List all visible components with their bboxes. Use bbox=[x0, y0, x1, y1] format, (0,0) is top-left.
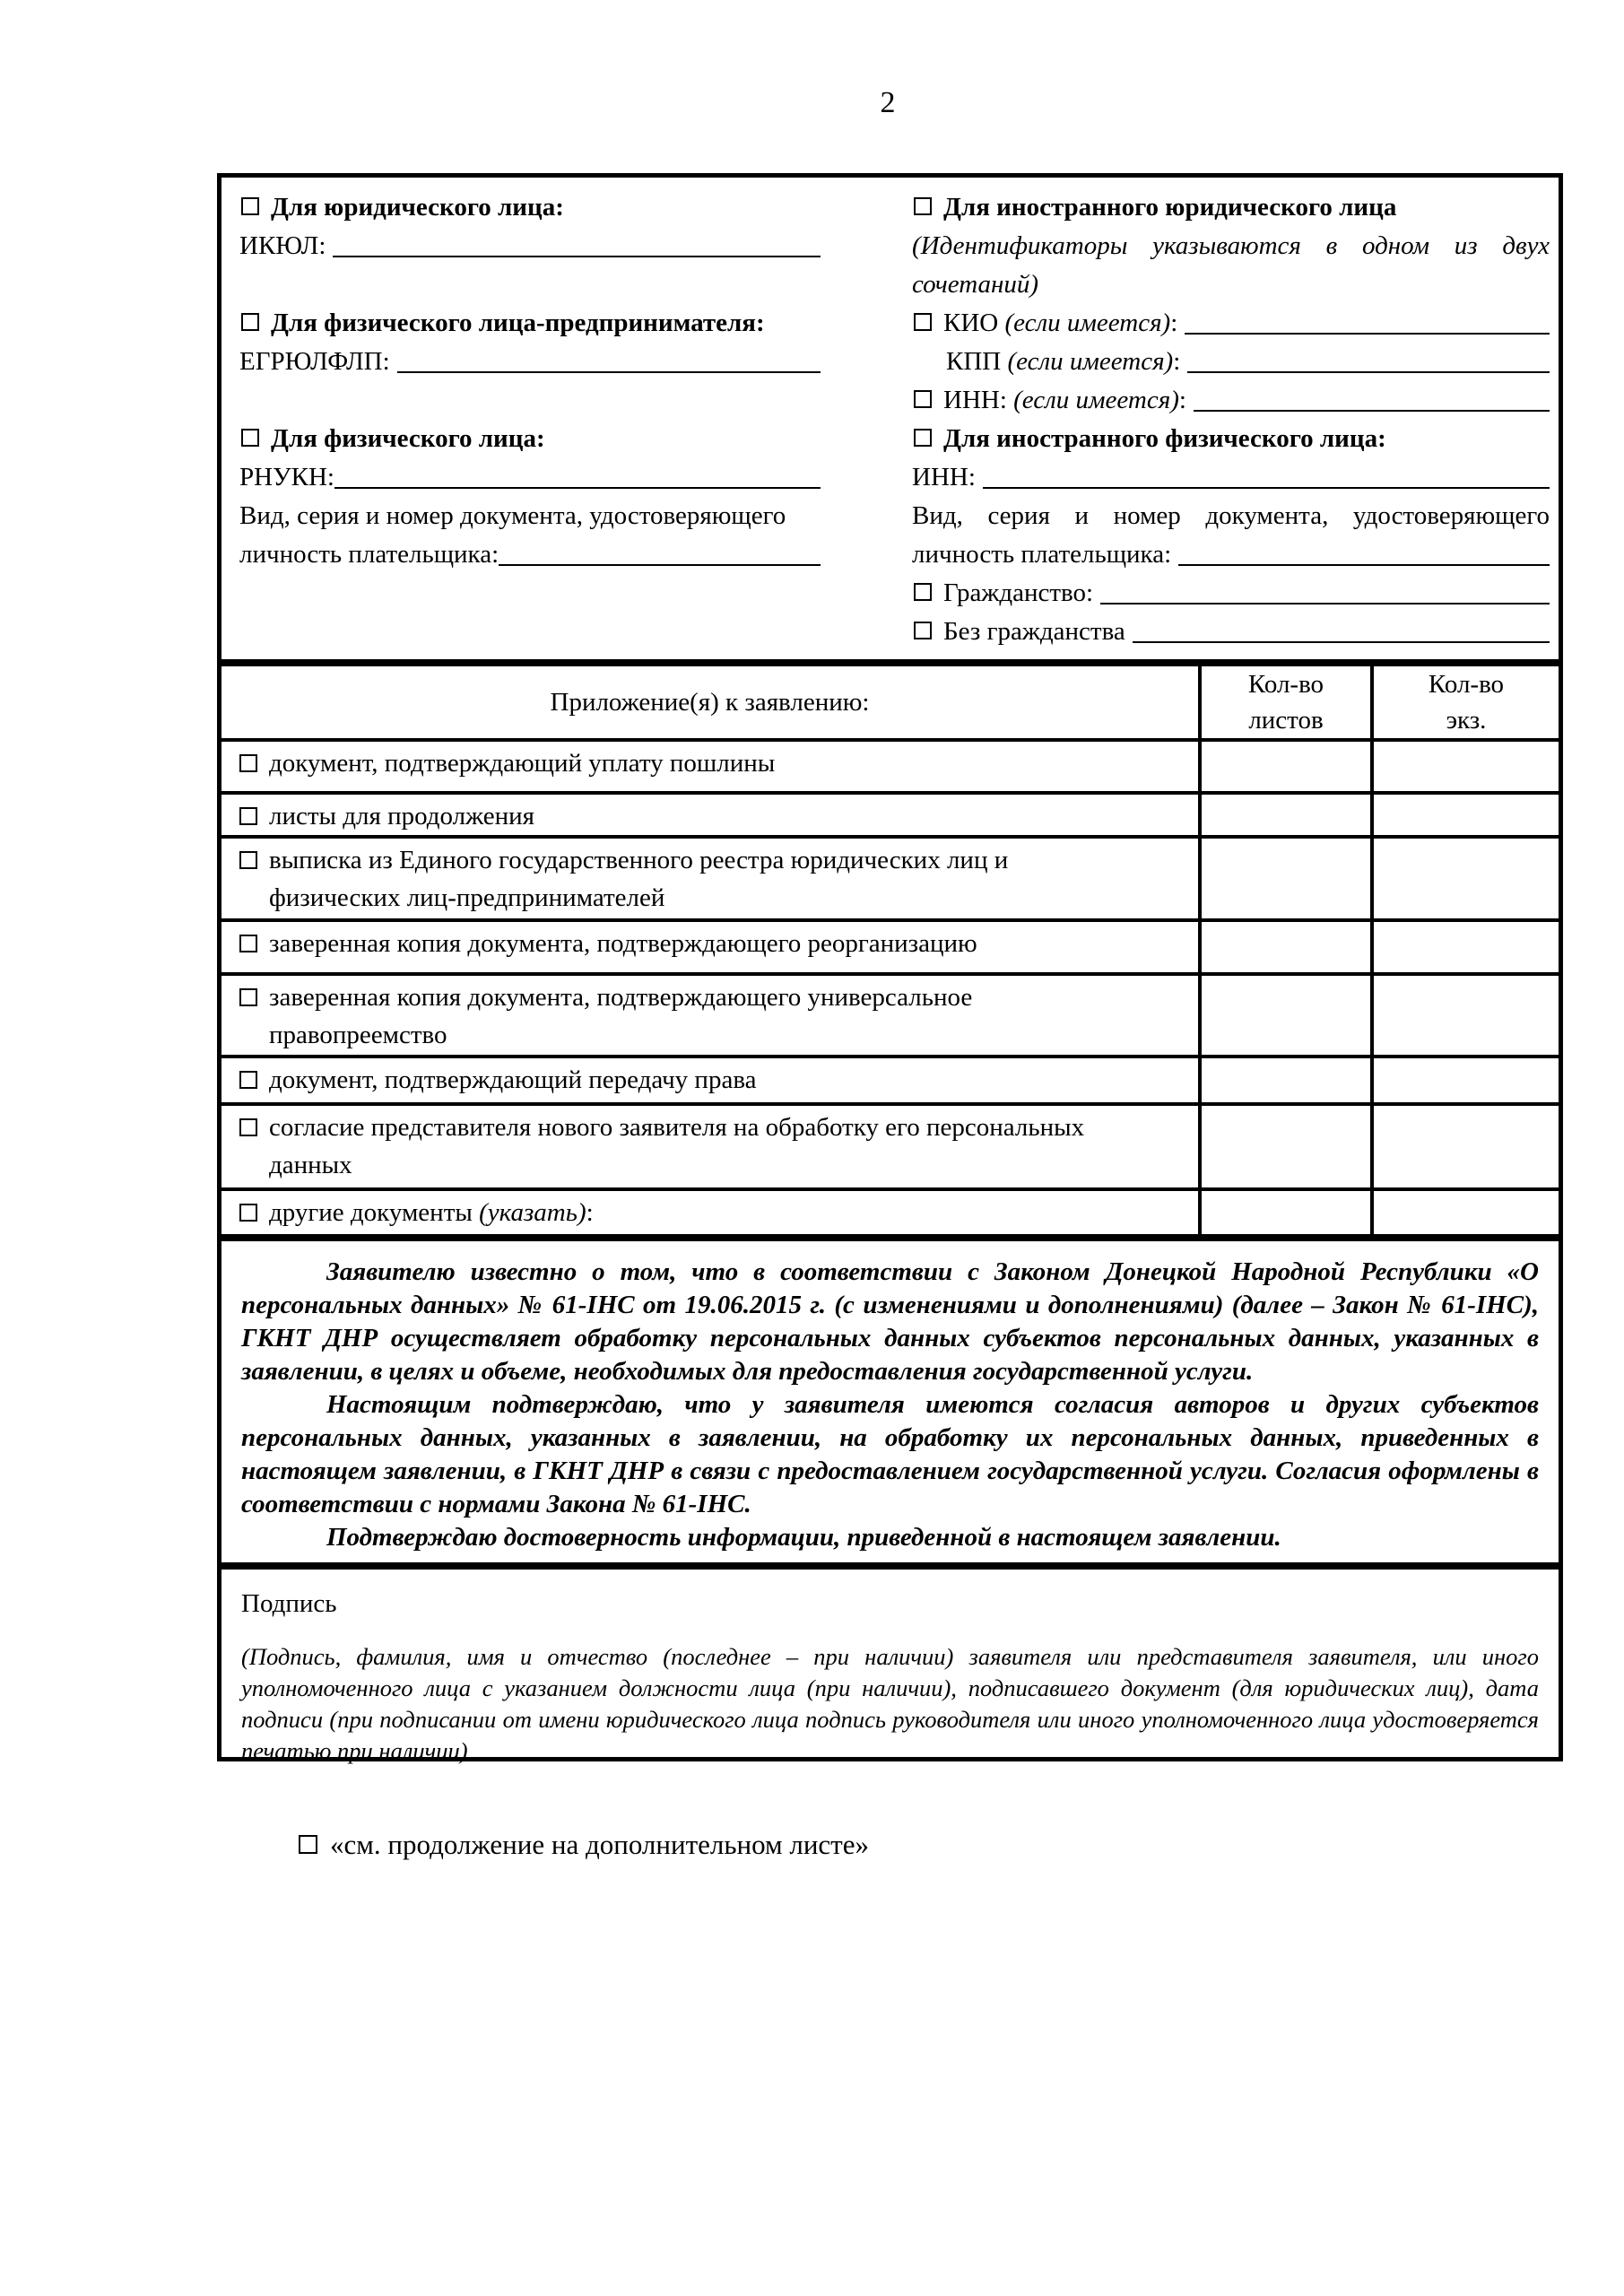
identifiers-left-column: Для юридического лица: ИКЮЛ: Для физичес… bbox=[239, 188, 858, 659]
table-row: заверенная копия документа, подтверждающ… bbox=[221, 918, 1559, 972]
col-header-copies-line1: Кол-во bbox=[1374, 666, 1559, 702]
stateless-blank-line[interactable] bbox=[1133, 613, 1550, 643]
kio-label: КИО bbox=[943, 304, 998, 343]
cell-sheets-4[interactable] bbox=[1198, 976, 1370, 1055]
cell-copies-1[interactable] bbox=[1370, 795, 1559, 835]
ikyul-label: ИКЮЛ: bbox=[239, 227, 326, 265]
col-header-sheets-line2: листов bbox=[1202, 702, 1370, 738]
payer-doc-line1-left: Вид, серия и номер документа, удостоверя… bbox=[239, 497, 858, 535]
form-body: Для юридического лица: ИКЮЛ: Для физичес… bbox=[217, 173, 1563, 1761]
cell-copies-4[interactable] bbox=[1370, 976, 1559, 1055]
attachments-table-header: Приложение(я) к заявлению: Кол-во листов… bbox=[221, 666, 1559, 738]
foreign-individual-row: Для иностранного физического лица: bbox=[912, 420, 1550, 458]
continuation-row: «см. продолжение на дополнительном листе… bbox=[299, 1826, 869, 1864]
row-text: документ, подтверждающий уплату пошлины bbox=[269, 744, 775, 782]
table-row: документ, подтверждающий уплату пошлины bbox=[221, 738, 1559, 791]
payer-doc-text-left: Вид, серия и номер документа, удостоверя… bbox=[239, 497, 786, 535]
row-text: документ, подтверждающий передачу права bbox=[269, 1061, 757, 1099]
cell-sheets-6[interactable] bbox=[1198, 1106, 1370, 1187]
checkbox-individual-entrepreneur[interactable] bbox=[241, 313, 259, 331]
continuation-label: «см. продолжение на дополнительном листе… bbox=[330, 1826, 869, 1864]
table-row: заверенная копия документа, подтверждающ… bbox=[221, 972, 1559, 1055]
egrulflp-blank-line[interactable] bbox=[397, 343, 821, 373]
foreign-inn-blank-line[interactable] bbox=[983, 458, 1550, 489]
cell-sheets-0[interactable] bbox=[1198, 742, 1370, 791]
payer-doc-blank-right[interactable] bbox=[1178, 535, 1550, 566]
cell-copies-6[interactable] bbox=[1370, 1106, 1559, 1187]
checkbox-inn[interactable] bbox=[914, 390, 932, 408]
checkbox-kio[interactable] bbox=[914, 313, 932, 331]
checkbox-stateless[interactable] bbox=[914, 622, 932, 639]
table-row: документ, подтверждающий передачу права bbox=[221, 1055, 1559, 1102]
row-label-cell: листы для продолжения bbox=[221, 795, 1198, 835]
checkbox-attachment-representative-consent[interactable] bbox=[239, 1118, 257, 1136]
individual-title: Для физического лица: bbox=[271, 420, 545, 458]
foreign-individual-title: Для иностранного физического лица: bbox=[943, 420, 1386, 458]
cell-copies-7[interactable] bbox=[1370, 1191, 1559, 1234]
checkbox-attachment-other-documents[interactable] bbox=[239, 1204, 257, 1222]
inn-note: (если имеется) bbox=[1013, 381, 1179, 420]
col-header-sheets: Кол-во листов bbox=[1198, 666, 1370, 738]
citizenship-label: Гражданство: bbox=[943, 574, 1093, 613]
checkbox-foreign-legal-entity[interactable] bbox=[914, 197, 932, 215]
stateless-label: Без гражданства bbox=[943, 613, 1125, 651]
cell-sheets-1[interactable] bbox=[1198, 795, 1370, 835]
document-page: 2 Для юридического лица: ИКЮЛ: Для физич… bbox=[0, 0, 1624, 2296]
row-text: листы для продолжения bbox=[269, 797, 534, 835]
row-label-cell: документ, подтверждающий передачу права bbox=[221, 1058, 1198, 1102]
egrulflp-label: ЕГРЮЛФЛП: bbox=[239, 343, 390, 381]
foreign-legal-title: Для иностранного юридического лица bbox=[943, 188, 1396, 227]
foreign-inn-label: ИНН: bbox=[912, 458, 976, 497]
kpp-note: (если имеется) bbox=[1007, 343, 1173, 381]
table-row: другие документы (указать): bbox=[221, 1187, 1559, 1234]
consent-section: Заявителю известно о том, что в соответс… bbox=[221, 1234, 1559, 1562]
citizenship-row: Гражданство: bbox=[912, 574, 1550, 613]
kpp-row: КПП (если имеется): bbox=[912, 343, 1550, 381]
foreign-inn-row: ИНН: bbox=[912, 458, 1550, 497]
checkbox-attachment-continuation-sheets[interactable] bbox=[239, 807, 257, 825]
kpp-suffix: : bbox=[1173, 343, 1180, 381]
row-text: выписка из Единого государственного реес… bbox=[269, 841, 1103, 917]
rnukn-row: РНУКН: bbox=[239, 458, 858, 497]
checkbox-citizenship[interactable] bbox=[914, 583, 932, 601]
row-label-cell: заверенная копия документа, подтверждающ… bbox=[221, 976, 1198, 1055]
foreign-legal-note-line2-text: сочетаний) bbox=[912, 265, 1038, 304]
consent-paragraph-2: Настоящим подтверждаю, что у заявителя и… bbox=[241, 1388, 1539, 1521]
kio-row: КИО (если имеется): bbox=[912, 304, 1550, 343]
page-number: 2 bbox=[812, 86, 964, 120]
signature-label: Подпись bbox=[241, 1587, 1539, 1620]
cell-copies-2[interactable] bbox=[1370, 839, 1559, 918]
payer-doc-line1-right: Вид, серия и номер документа, удостоверя… bbox=[912, 497, 1550, 535]
checkbox-foreign-individual[interactable] bbox=[914, 429, 932, 447]
kio-note: (если имеется) bbox=[1004, 304, 1170, 343]
row-label-cell: заверенная копия документа, подтверждающ… bbox=[221, 922, 1198, 972]
rnukn-label: РНУКН: bbox=[239, 458, 334, 497]
cell-copies-5[interactable] bbox=[1370, 1058, 1559, 1102]
payer-doc-label-right: личность плательщика: bbox=[912, 535, 1171, 574]
inn-row: ИНН: (если имеется): bbox=[912, 381, 1550, 420]
attachments-table: Приложение(я) к заявлению: Кол-во листов… bbox=[221, 659, 1559, 1234]
payer-doc-line2-left: личность плательщика: bbox=[239, 535, 858, 574]
row-label-cell: документ, подтверждающий уплату пошлины bbox=[221, 742, 1198, 791]
col-header-copies-line2: экз. bbox=[1374, 702, 1559, 738]
checkbox-individual[interactable] bbox=[241, 429, 259, 447]
attachments-title: Приложение(я) к заявлению: bbox=[221, 666, 1198, 738]
checkbox-attachment-register-extract[interactable] bbox=[239, 851, 257, 869]
foreign-legal-note-line1: (Идентификаторы указываются в одном из д… bbox=[912, 227, 1550, 265]
row-text: другие документы (указать): bbox=[269, 1194, 594, 1231]
table-row: согласие представителя нового заявителя … bbox=[221, 1102, 1559, 1187]
legal-entity-title: Для юридического лица: bbox=[271, 188, 564, 227]
cell-copies-0[interactable] bbox=[1370, 742, 1559, 791]
cell-sheets-5[interactable] bbox=[1198, 1058, 1370, 1102]
signature-section: Подпись (Подпись, фамилия, имя и отчеств… bbox=[221, 1562, 1559, 1757]
rnukn-blank-line[interactable] bbox=[334, 458, 821, 489]
foreign-legal-note-line2: сочетаний) bbox=[912, 265, 1550, 304]
ikyul-blank-line[interactable] bbox=[333, 227, 821, 257]
checkbox-attachment-succession-copy[interactable] bbox=[239, 988, 257, 1006]
checkbox-attachment-rights-transfer[interactable] bbox=[239, 1071, 257, 1089]
consent-paragraph-3: Подтверждаю достоверность информации, пр… bbox=[241, 1521, 1539, 1554]
col-header-sheets-line1: Кол-во bbox=[1202, 666, 1370, 702]
signature-note: (Подпись, фамилия, имя и отчество (после… bbox=[241, 1641, 1539, 1767]
cell-sheets-3[interactable] bbox=[1198, 922, 1370, 972]
inn-label: ИНН: bbox=[943, 381, 1007, 420]
entrepreneur-row: Для физического лица-предпринимателя: bbox=[239, 304, 858, 343]
individual-row: Для физического лица: bbox=[239, 420, 858, 458]
entrepreneur-title: Для физического лица-предпринимателя: bbox=[271, 304, 765, 343]
checkbox-legal-entity[interactable] bbox=[241, 197, 259, 215]
row-label-cell: выписка из Единого государственного реес… bbox=[221, 839, 1198, 918]
cell-sheets-7[interactable] bbox=[1198, 1191, 1370, 1234]
payer-doc-line2-right: личность плательщика: bbox=[912, 535, 1550, 574]
kio-blank-line[interactable] bbox=[1185, 304, 1550, 335]
payer-doc-label-left: личность плательщика: bbox=[239, 535, 499, 574]
table-row: выписка из Единого государственного реес… bbox=[221, 835, 1559, 918]
table-row: листы для продолжения bbox=[221, 791, 1559, 835]
row-text: согласие представителя нового заявителя … bbox=[269, 1109, 1103, 1184]
identifiers-right-column: Для иностранного юридического лица (Иден… bbox=[912, 188, 1550, 659]
egrulflp-row: ЕГРЮЛФЛП: bbox=[239, 343, 858, 381]
checkbox-attachment-reorganization-copy[interactable] bbox=[239, 935, 257, 952]
row-label-cell: согласие представителя нового заявителя … bbox=[221, 1106, 1198, 1187]
legal-entity-row: Для юридического лица: bbox=[239, 188, 858, 227]
checkbox-continuation[interactable] bbox=[299, 1835, 317, 1854]
stateless-row: Без гражданства bbox=[912, 613, 1550, 651]
kio-suffix: : bbox=[1170, 304, 1177, 343]
kpp-blank-line[interactable] bbox=[1187, 343, 1550, 373]
row-text: заверенная копия документа, подтверждающ… bbox=[269, 925, 977, 962]
citizenship-blank-line[interactable] bbox=[1100, 574, 1550, 604]
kpp-label: КПП bbox=[946, 343, 1001, 381]
cell-sheets-2[interactable] bbox=[1198, 839, 1370, 918]
row-text: заверенная копия документа, подтверждающ… bbox=[269, 978, 1103, 1054]
col-header-copies: Кол-во экз. bbox=[1370, 666, 1559, 738]
inn-suffix: : bbox=[1179, 381, 1186, 420]
inn-blank-line[interactable] bbox=[1194, 381, 1550, 412]
identifiers-section: Для юридического лица: ИКЮЛ: Для физичес… bbox=[221, 178, 1559, 659]
row-label-cell: другие документы (указать): bbox=[221, 1191, 1198, 1234]
payer-doc-blank-left[interactable] bbox=[499, 535, 821, 566]
consent-paragraph-1: Заявителю известно о том, что в соответс… bbox=[241, 1256, 1539, 1388]
cell-copies-3[interactable] bbox=[1370, 922, 1559, 972]
checkbox-attachment-fee[interactable] bbox=[239, 754, 257, 772]
ikyul-row: ИКЮЛ: bbox=[239, 227, 858, 265]
foreign-legal-row: Для иностранного юридического лица bbox=[912, 188, 1550, 227]
